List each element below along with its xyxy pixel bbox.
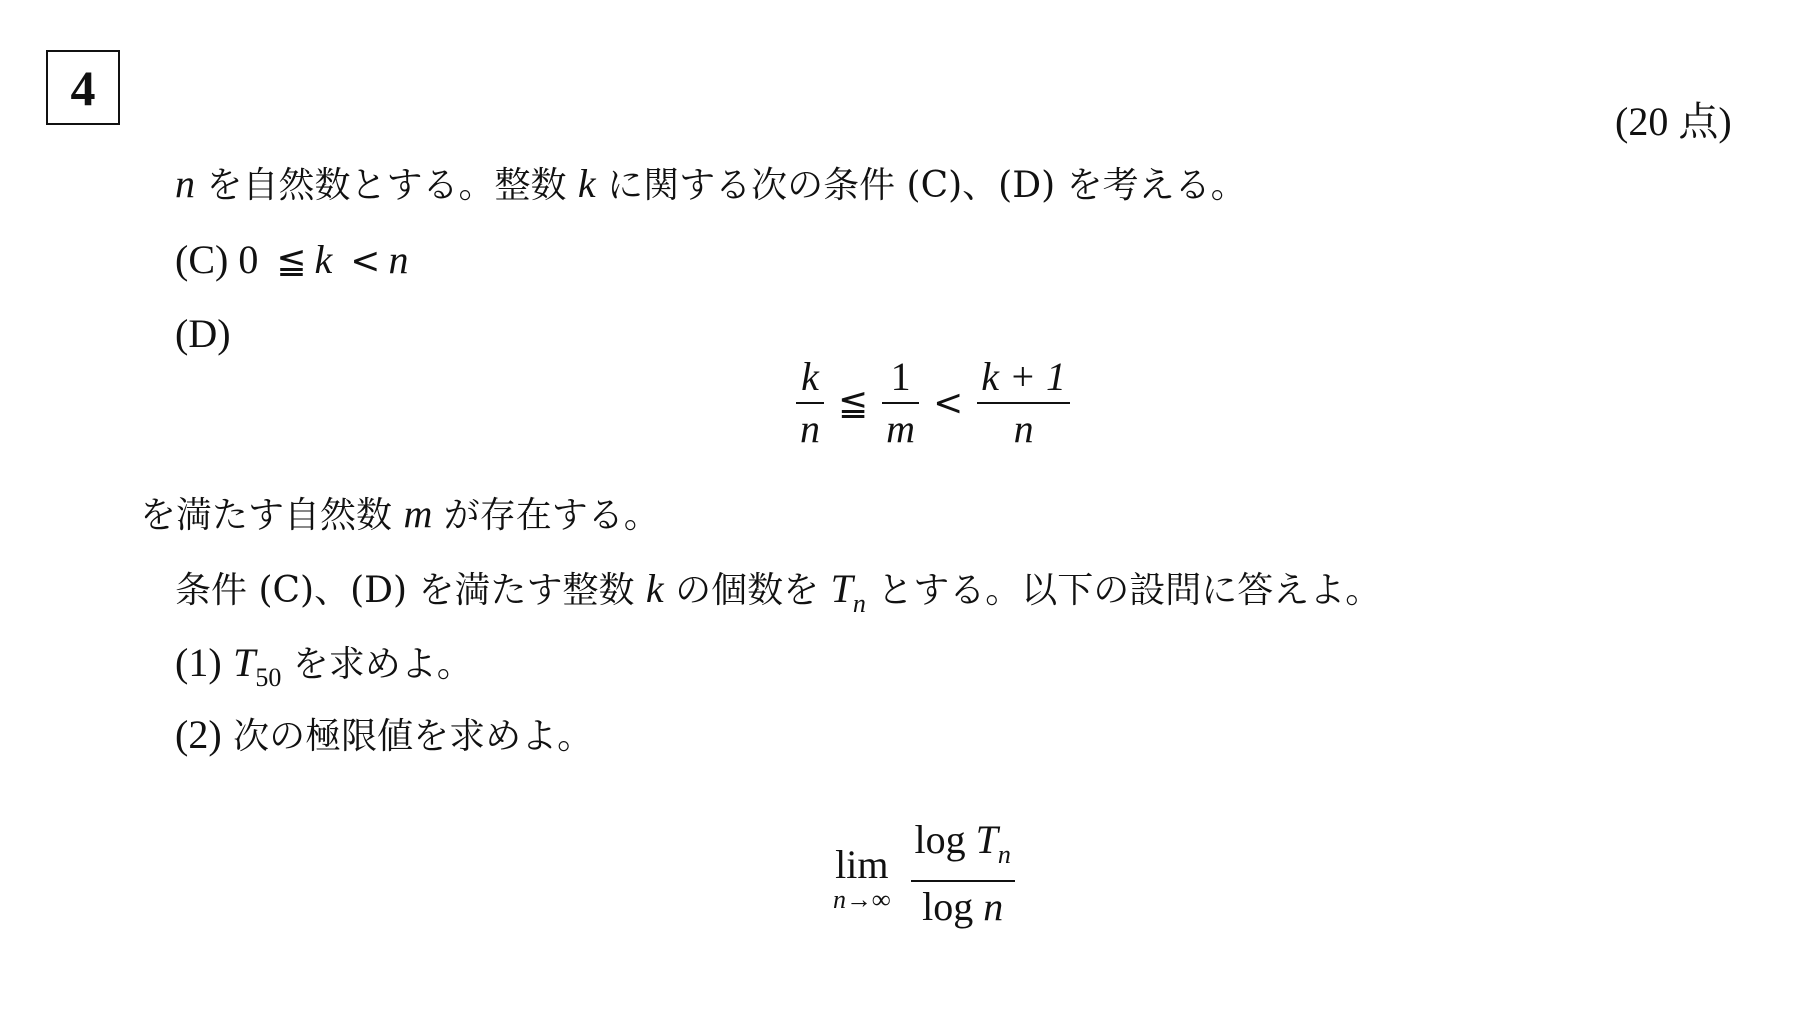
- problem-number-box: 4: [46, 50, 120, 125]
- condition-d-label: (D): [175, 310, 231, 357]
- condition-d-continuation: を満たす自然数 m が存在する。: [140, 492, 660, 538]
- statement-text-2: の個数を: [664, 570, 831, 611]
- intro-line: n を自然数とする。整数 k に関する次の条件 (C)、(D) を考える。: [175, 162, 1247, 208]
- fraction-numerator: k: [797, 352, 823, 402]
- lt-sign: <: [933, 383, 963, 424]
- var-T: T: [831, 566, 853, 611]
- question-2: (2) 次の極限値を求めよ。: [175, 713, 593, 759]
- fraction-k-over-n: k n: [796, 352, 824, 454]
- leq-sign: ≦: [838, 383, 868, 424]
- subscript-n: n: [998, 840, 1011, 869]
- cond-c-zero: 0: [238, 237, 258, 282]
- intro-text-2: に関する次の条件 (C)、(D) を考える。: [596, 165, 1247, 206]
- question-1: (1) T50 を求めよ。: [175, 641, 473, 700]
- log-ratio-fraction: log Tn log n: [911, 815, 1015, 940]
- condition-d-formula: k n ≦ 1 m < k + 1 n: [790, 352, 1076, 454]
- cont-text-1: を満たす自然数: [140, 495, 403, 536]
- fraction-denominator: n: [796, 404, 824, 454]
- cond-c-lt: <: [350, 241, 380, 282]
- question-1-label: (1): [175, 640, 222, 685]
- log-word: log: [915, 817, 976, 862]
- subscript-n: n: [853, 589, 866, 618]
- cond-c-n: n: [388, 237, 408, 282]
- question-1-text: を求めよ。: [281, 644, 472, 685]
- limit-operator: lim n→∞: [833, 843, 891, 913]
- intro-text-1: を自然数とする。整数: [195, 165, 578, 206]
- fraction-numerator: k + 1: [977, 352, 1070, 402]
- condition-c: (C) 0 ≦k <n: [175, 236, 408, 283]
- fraction-k-plus-1-over-n: k + 1 n: [977, 352, 1070, 454]
- fraction-denominator: n: [1010, 404, 1038, 454]
- var-n: n: [175, 161, 195, 206]
- var-T: T: [233, 640, 255, 685]
- question-2-text: 次の極限値を求めよ。: [233, 716, 593, 757]
- statement-text-3: とする。以下の設問に答えよ。: [866, 570, 1381, 611]
- cond-c-k: k: [315, 237, 333, 282]
- fraction-numerator: log Tn: [911, 815, 1015, 880]
- var-m: m: [403, 491, 432, 536]
- fraction-numerator: 1: [887, 352, 915, 402]
- question-2-label: (2): [175, 712, 222, 757]
- points-label: (20 点): [1615, 90, 1732, 147]
- fraction-denominator: m: [882, 404, 919, 454]
- fraction-1-over-m: 1 m: [882, 352, 919, 454]
- var-n: n: [983, 884, 1003, 929]
- var-k: k: [578, 161, 596, 206]
- var-k: k: [646, 566, 664, 611]
- lim-word: lim: [835, 843, 888, 887]
- statement-text-1: 条件 (C)、(D) を満たす整数: [175, 570, 646, 611]
- var-T: T: [976, 817, 998, 862]
- problem-number: 4: [71, 59, 96, 117]
- limit-formula: lim n→∞ log Tn log n: [833, 815, 1021, 940]
- subscript-50: 50: [255, 663, 281, 692]
- lim-subscript: n→∞: [833, 887, 891, 913]
- log-word: log: [922, 884, 983, 929]
- condition-c-label: (C): [175, 237, 228, 282]
- cont-text-2: が存在する。: [432, 495, 659, 536]
- cond-c-leq: ≦: [276, 241, 306, 282]
- fraction-denominator: log n: [918, 882, 1007, 940]
- problem-statement: 条件 (C)、(D) を満たす整数 k の個数を Tn とする。以下の設問に答え…: [175, 567, 1381, 626]
